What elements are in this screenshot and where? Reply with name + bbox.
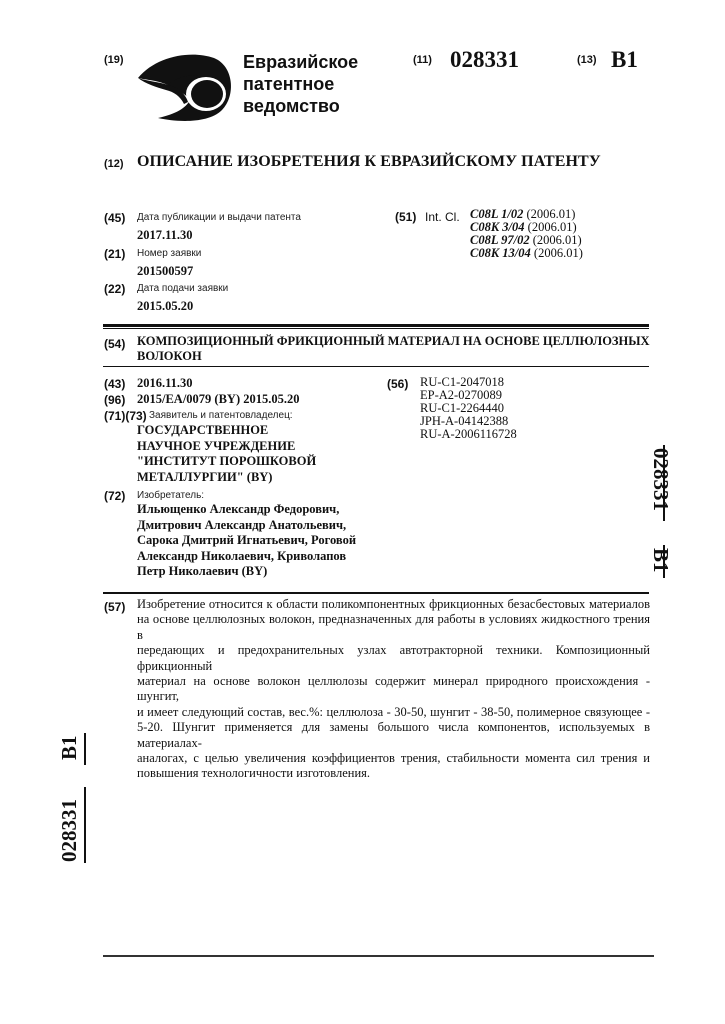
application-publication-inid: (43) xyxy=(104,377,125,391)
margin-kind-code-right: B1 xyxy=(648,548,673,573)
invention-title-inid: (54) xyxy=(104,337,125,351)
margin-patent-number-right: 028331 xyxy=(648,448,673,511)
eurasian-application: 2015/EA/0079 (BY) 2015.05.20 xyxy=(137,392,300,407)
eurasian-application-inid: (96) xyxy=(104,393,125,407)
application-publication-date: 2016.11.30 xyxy=(137,376,193,391)
office-name: Евразийское патентное ведомство xyxy=(243,51,358,117)
margin-rule xyxy=(663,445,665,521)
margin-rule xyxy=(84,787,86,863)
kind-code-inid: (13) xyxy=(577,54,597,66)
inventors-names: Ильющенко Александр Федорович, Дмитрович… xyxy=(137,502,356,580)
margin-rule xyxy=(84,733,86,765)
filing-date: 2015.05.20 xyxy=(137,299,193,314)
margin-patent-number-left: 028331 xyxy=(57,799,82,862)
publication-date: 2017.11.30 xyxy=(137,228,193,243)
office-name-line: ведомство xyxy=(243,95,358,117)
application-number-label: Номер заявки xyxy=(137,248,201,259)
citations-list: RU-C1-2047018 EP-A2-0270089 RU-C1-226444… xyxy=(420,376,517,441)
citations-inid: (56) xyxy=(387,377,408,391)
office-name-line: патентное xyxy=(243,73,358,95)
patent-number-inid-code: (11) xyxy=(413,54,432,66)
abstract-inid: (57) xyxy=(104,600,125,614)
office-inid-code: (19) xyxy=(104,54,124,66)
footer-divider xyxy=(103,955,654,957)
divider xyxy=(103,366,649,367)
office-name-line: Евразийское xyxy=(243,51,358,73)
ipc-inid: (51) xyxy=(395,210,416,224)
publication-inid: (45) xyxy=(104,211,125,225)
eye-logo-icon xyxy=(136,48,236,128)
filing-date-label: Дата подачи заявки xyxy=(137,283,228,294)
applicant-name: ГОСУДАРСТВЕННОЕ НАУЧНОЕ УЧРЕЖДЕНИЕ "ИНСТ… xyxy=(137,423,316,485)
invention-title: КОМПОЗИЦИОННЫЙ ФРИКЦИОННЫЙ МАТЕРИАЛ НА О… xyxy=(137,334,650,364)
filing-date-inid: (22) xyxy=(104,282,125,296)
patent-number: 028331 xyxy=(450,47,519,73)
abstract-text: Изобретение относится к области поликомп… xyxy=(137,597,650,782)
inventors-label: Изобретатель: xyxy=(137,490,204,501)
ipc-label: Int. Cl. xyxy=(425,210,460,224)
ipc-classes: C08L 1/02 (2006.01) C08K 3/04 (2006.01) … xyxy=(470,208,583,260)
margin-rule xyxy=(663,545,665,578)
ipc-class-row: C08K 13/04 (2006.01) xyxy=(470,247,583,260)
citation-item: RU-A-2006116728 xyxy=(420,428,517,441)
divider xyxy=(103,592,649,594)
margin-kind-code-left: B1 xyxy=(57,735,82,760)
applicant-label: Заявитель и патентовладелец: xyxy=(149,410,293,421)
application-number-inid: (21) xyxy=(104,247,125,261)
divider-thick xyxy=(103,324,649,327)
document-title: ОПИСАНИЕ ИЗОБРЕТЕНИЯ К ЕВРАЗИЙСКОМУ ПАТЕ… xyxy=(137,153,601,171)
inventors-inid: (72) xyxy=(104,489,125,503)
divider-thin xyxy=(103,328,649,329)
publication-label: Дата публикации и выдачи патента xyxy=(137,212,301,223)
application-number: 201500597 xyxy=(137,264,193,279)
applicant-inid: (71)(73) xyxy=(104,409,147,423)
kind-code: B1 xyxy=(611,47,638,73)
document-title-inid: (12) xyxy=(104,158,124,170)
